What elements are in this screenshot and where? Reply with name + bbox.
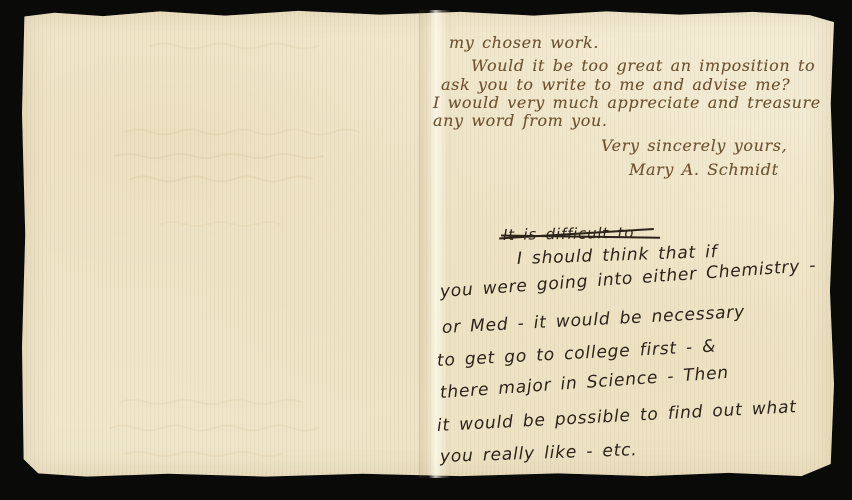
bleed-through-marks [30,14,412,472]
letter-line: ask you to write to me and advise me? [441,75,790,94]
center-fold-line [419,10,420,478]
scanned-letter-image: my chosen work. Would it be too great an… [0,0,852,500]
letter-line: my chosen work. [449,33,599,52]
letter-line: I would very much appreciate and treasur… [433,93,821,112]
struck-text: It is difficult to [503,224,645,244]
letter-signature: Mary A. Schmidt [629,160,779,179]
letter-line: any word from you. [433,111,608,130]
letter-closing: Very sincerely yours, [601,136,787,155]
letter-line: Would it be too great an imposition to [471,56,815,75]
struck-out-line: It is difficult to [503,224,645,244]
